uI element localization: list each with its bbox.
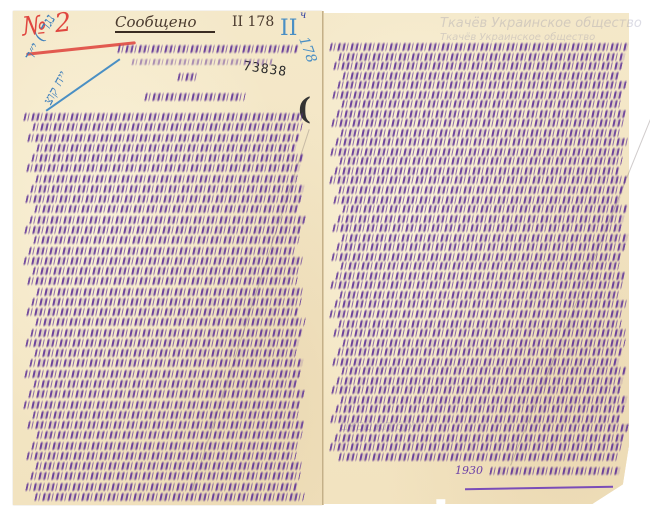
- bleed-through-text: Ткачёв Украинское общество: [440, 16, 642, 31]
- handwriting-line: [341, 261, 619, 271]
- handwriting-line: [24, 400, 301, 410]
- handwriting-line: [339, 319, 621, 329]
- handwriting-line: [24, 112, 305, 122]
- handwriting-line: [33, 410, 298, 420]
- handwriting-line: [24, 256, 303, 266]
- signature-date-line: 1930: [455, 464, 483, 477]
- blue-superscript: ч: [300, 10, 306, 21]
- handwriting-line: [26, 194, 301, 204]
- handwriting-line: [32, 297, 301, 307]
- header-soobshcheno: Сообщено: [115, 13, 197, 31]
- handwriting-line: [340, 156, 622, 166]
- handwriting-line: [34, 235, 299, 245]
- header-underline: [115, 31, 215, 33]
- page-fold: [322, 11, 324, 505]
- handwriting-line: [35, 204, 298, 214]
- handwriting-line: [340, 423, 628, 433]
- handwriting-line: [330, 175, 626, 185]
- handwriting-line: [331, 280, 623, 290]
- handwriting-line: [330, 309, 624, 319]
- handwriting-line: [118, 44, 298, 54]
- handwriting-line: [26, 482, 297, 492]
- handwriting-line: [26, 338, 299, 348]
- handwriting-line: [29, 389, 304, 399]
- handwriting-line: [342, 366, 626, 376]
- handwriting-line: [28, 420, 305, 430]
- handwriting-line: [339, 452, 619, 462]
- handwriting-line: [37, 143, 296, 153]
- handwriting-line: [35, 492, 304, 502]
- handwriting-line: [342, 99, 620, 109]
- handwriting-line: [330, 42, 628, 52]
- signature-handwriting: [490, 466, 620, 476]
- handwriting-line: [32, 153, 303, 163]
- handwriting-line: [37, 287, 304, 297]
- handwriting-line: [335, 299, 627, 309]
- handwriting-line: [338, 80, 626, 90]
- handwriting-line: [31, 184, 304, 194]
- handwriting-line: [338, 347, 622, 357]
- handwriting-line: [178, 72, 198, 82]
- handwriting-line: [31, 471, 300, 481]
- handwriting-line: [339, 185, 623, 195]
- handwriting-line: [28, 133, 299, 143]
- handwriting-line: [36, 461, 303, 471]
- handwriting-line: [36, 317, 305, 327]
- handwriting-line: [33, 122, 302, 132]
- handwriting-line: [30, 358, 303, 368]
- handwriting-line: [30, 215, 305, 225]
- handwriting-line: [36, 174, 297, 184]
- blue-roman-numeral: II: [280, 16, 297, 41]
- handwriting-line: [336, 137, 628, 147]
- handwriting-line: [334, 61, 622, 71]
- handwriting-line: [337, 242, 625, 252]
- handwriting-line: [31, 328, 302, 338]
- handwriting-line: [32, 441, 299, 451]
- handwriting-line: [35, 348, 296, 358]
- handwriting-line: [332, 385, 620, 395]
- handwriting-line: [336, 404, 624, 414]
- handwriting-line: [132, 58, 272, 66]
- handwriting-line: [37, 430, 302, 440]
- handwriting-line: [27, 163, 300, 173]
- archive-reference: II 178: [232, 14, 274, 30]
- handwriting-line: [34, 379, 297, 389]
- handwriting-line: [25, 369, 300, 379]
- handwriting-line: [330, 442, 622, 452]
- handwriting-line: [27, 307, 298, 317]
- handwriting-line: [28, 276, 297, 286]
- handwriting-line: [333, 223, 621, 233]
- handwriting-line: [29, 246, 296, 256]
- handwriting-line: [33, 266, 300, 276]
- handwriting-line: [343, 204, 627, 214]
- handwriting-line: [27, 451, 296, 461]
- handwriting-line: [25, 225, 302, 235]
- handwriting-line: [145, 92, 245, 102]
- handwriting-line: [332, 118, 624, 128]
- handwriting-line: [334, 328, 628, 338]
